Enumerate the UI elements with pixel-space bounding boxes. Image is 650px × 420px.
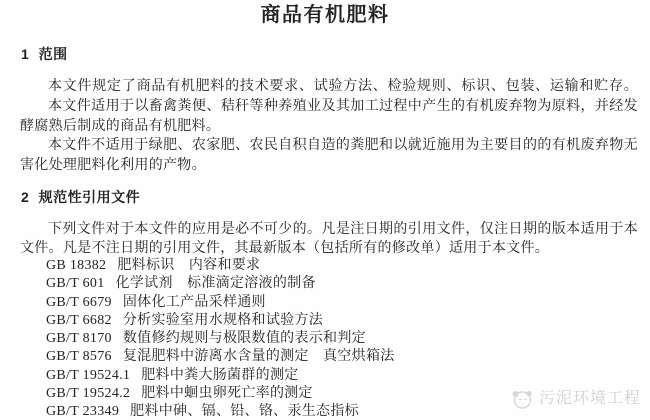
reference-title: 肥料中砷、镉、铅、铬、汞生态指标 bbox=[130, 404, 359, 419]
reference-code: GB/T 8170 bbox=[46, 331, 112, 346]
body-line: 本文件规定了商品有机肥料的技术要求、试验方法、检验规则、标识、包装、运输和贮存。 bbox=[20, 77, 638, 97]
reference-row: GB 18382肥料标识 内容和要求 bbox=[46, 257, 642, 275]
reference-title: 肥料中粪大肠菌群的测定 bbox=[141, 368, 298, 383]
body-line: 下列文件对于本文件的应用是必不可少的。凡是注日期的引用文件，仅注日期的版本适用于… bbox=[20, 220, 638, 239]
reference-title: 分析实验室用水规格和试验方法 bbox=[123, 313, 323, 328]
body-line: 酵腐熟后制成的商品有机肥料。 bbox=[20, 117, 638, 137]
watermark: 污泥环境工程 bbox=[509, 388, 641, 410]
reference-code: GB/T 6682 bbox=[46, 313, 112, 328]
reference-row: GB/T 19524.1肥料中粪大肠菌群的测定 bbox=[46, 367, 642, 385]
reference-title: 复混肥料中游离水含量的测定 真空烘箱法 bbox=[123, 349, 395, 364]
body-line: 害化处理肥料化利用的产物。 bbox=[20, 156, 638, 176]
reference-code: GB 18382 bbox=[46, 258, 106, 273]
reference-row: GB/T 6679固体化工产品采样通则 bbox=[46, 294, 642, 312]
reference-code: GB/T 601 bbox=[46, 276, 105, 291]
watermark-panda-logo-icon bbox=[509, 388, 534, 410]
reference-code: GB/T 19524.1 bbox=[46, 368, 130, 383]
document-page: 商品有机肥料 1 范围 本文件规定了商品有机肥料的技术要求、试验方法、检验规则、… bbox=[0, 0, 650, 420]
reference-row: GB/T 601化学试剂 标准滴定溶液的制备 bbox=[46, 275, 642, 293]
section-2-body: 下列文件对于本文件的应用是必不可少的。凡是注日期的引用文件，仅注日期的版本适用于… bbox=[20, 220, 638, 259]
reference-code: GB/T 19524.2 bbox=[46, 386, 130, 401]
reference-title: 肥料标识 内容和要求 bbox=[117, 258, 260, 273]
reference-row: GB/T 8170数值修约规则与极限数值的表示和判定 bbox=[46, 330, 642, 348]
body-line: 本文件不适用于绿肥、农家肥、农民自积自造的粪肥和以就近施用为主要目的的有机废弃物… bbox=[20, 136, 638, 156]
section-1-body: 本文件规定了商品有机肥料的技术要求、试验方法、检验规则、标识、包装、运输和贮存。… bbox=[20, 77, 638, 176]
page-title: 商品有机肥料 bbox=[0, 2, 650, 28]
reference-title: 数值修约规则与极限数值的表示和判定 bbox=[123, 331, 366, 346]
reference-title: 肥料中蛔虫卵死亡率的测定 bbox=[141, 386, 313, 401]
body-line: 文件。凡是不注日期的引用文件，其最新版本（包括所有的修改单）适用于本文件。 bbox=[20, 239, 638, 258]
reference-row: GB/T 8576复混肥料中游离水含量的测定 真空烘箱法 bbox=[46, 348, 642, 366]
reference-title: 化学试剂 标准滴定溶液的制备 bbox=[116, 276, 316, 291]
section-1-heading: 1 范围 bbox=[21, 46, 68, 63]
watermark-label: 污泥环境工程 bbox=[539, 388, 641, 410]
reference-row: GB/T 6682分析实验室用水规格和试验方法 bbox=[46, 312, 642, 330]
reference-code: GB/T 23349 bbox=[46, 404, 119, 419]
reference-code: GB/T 6679 bbox=[46, 295, 112, 310]
body-line: 本文件适用于以畜禽粪便、秸秆等种养殖业及其加工过程中产生的有机废弃物为原料，并经… bbox=[20, 97, 638, 117]
section-2-heading: 2 规范性引用文件 bbox=[21, 189, 140, 206]
reference-title: 固体化工产品采样通则 bbox=[123, 295, 266, 310]
reference-code: GB/T 8576 bbox=[46, 349, 112, 364]
